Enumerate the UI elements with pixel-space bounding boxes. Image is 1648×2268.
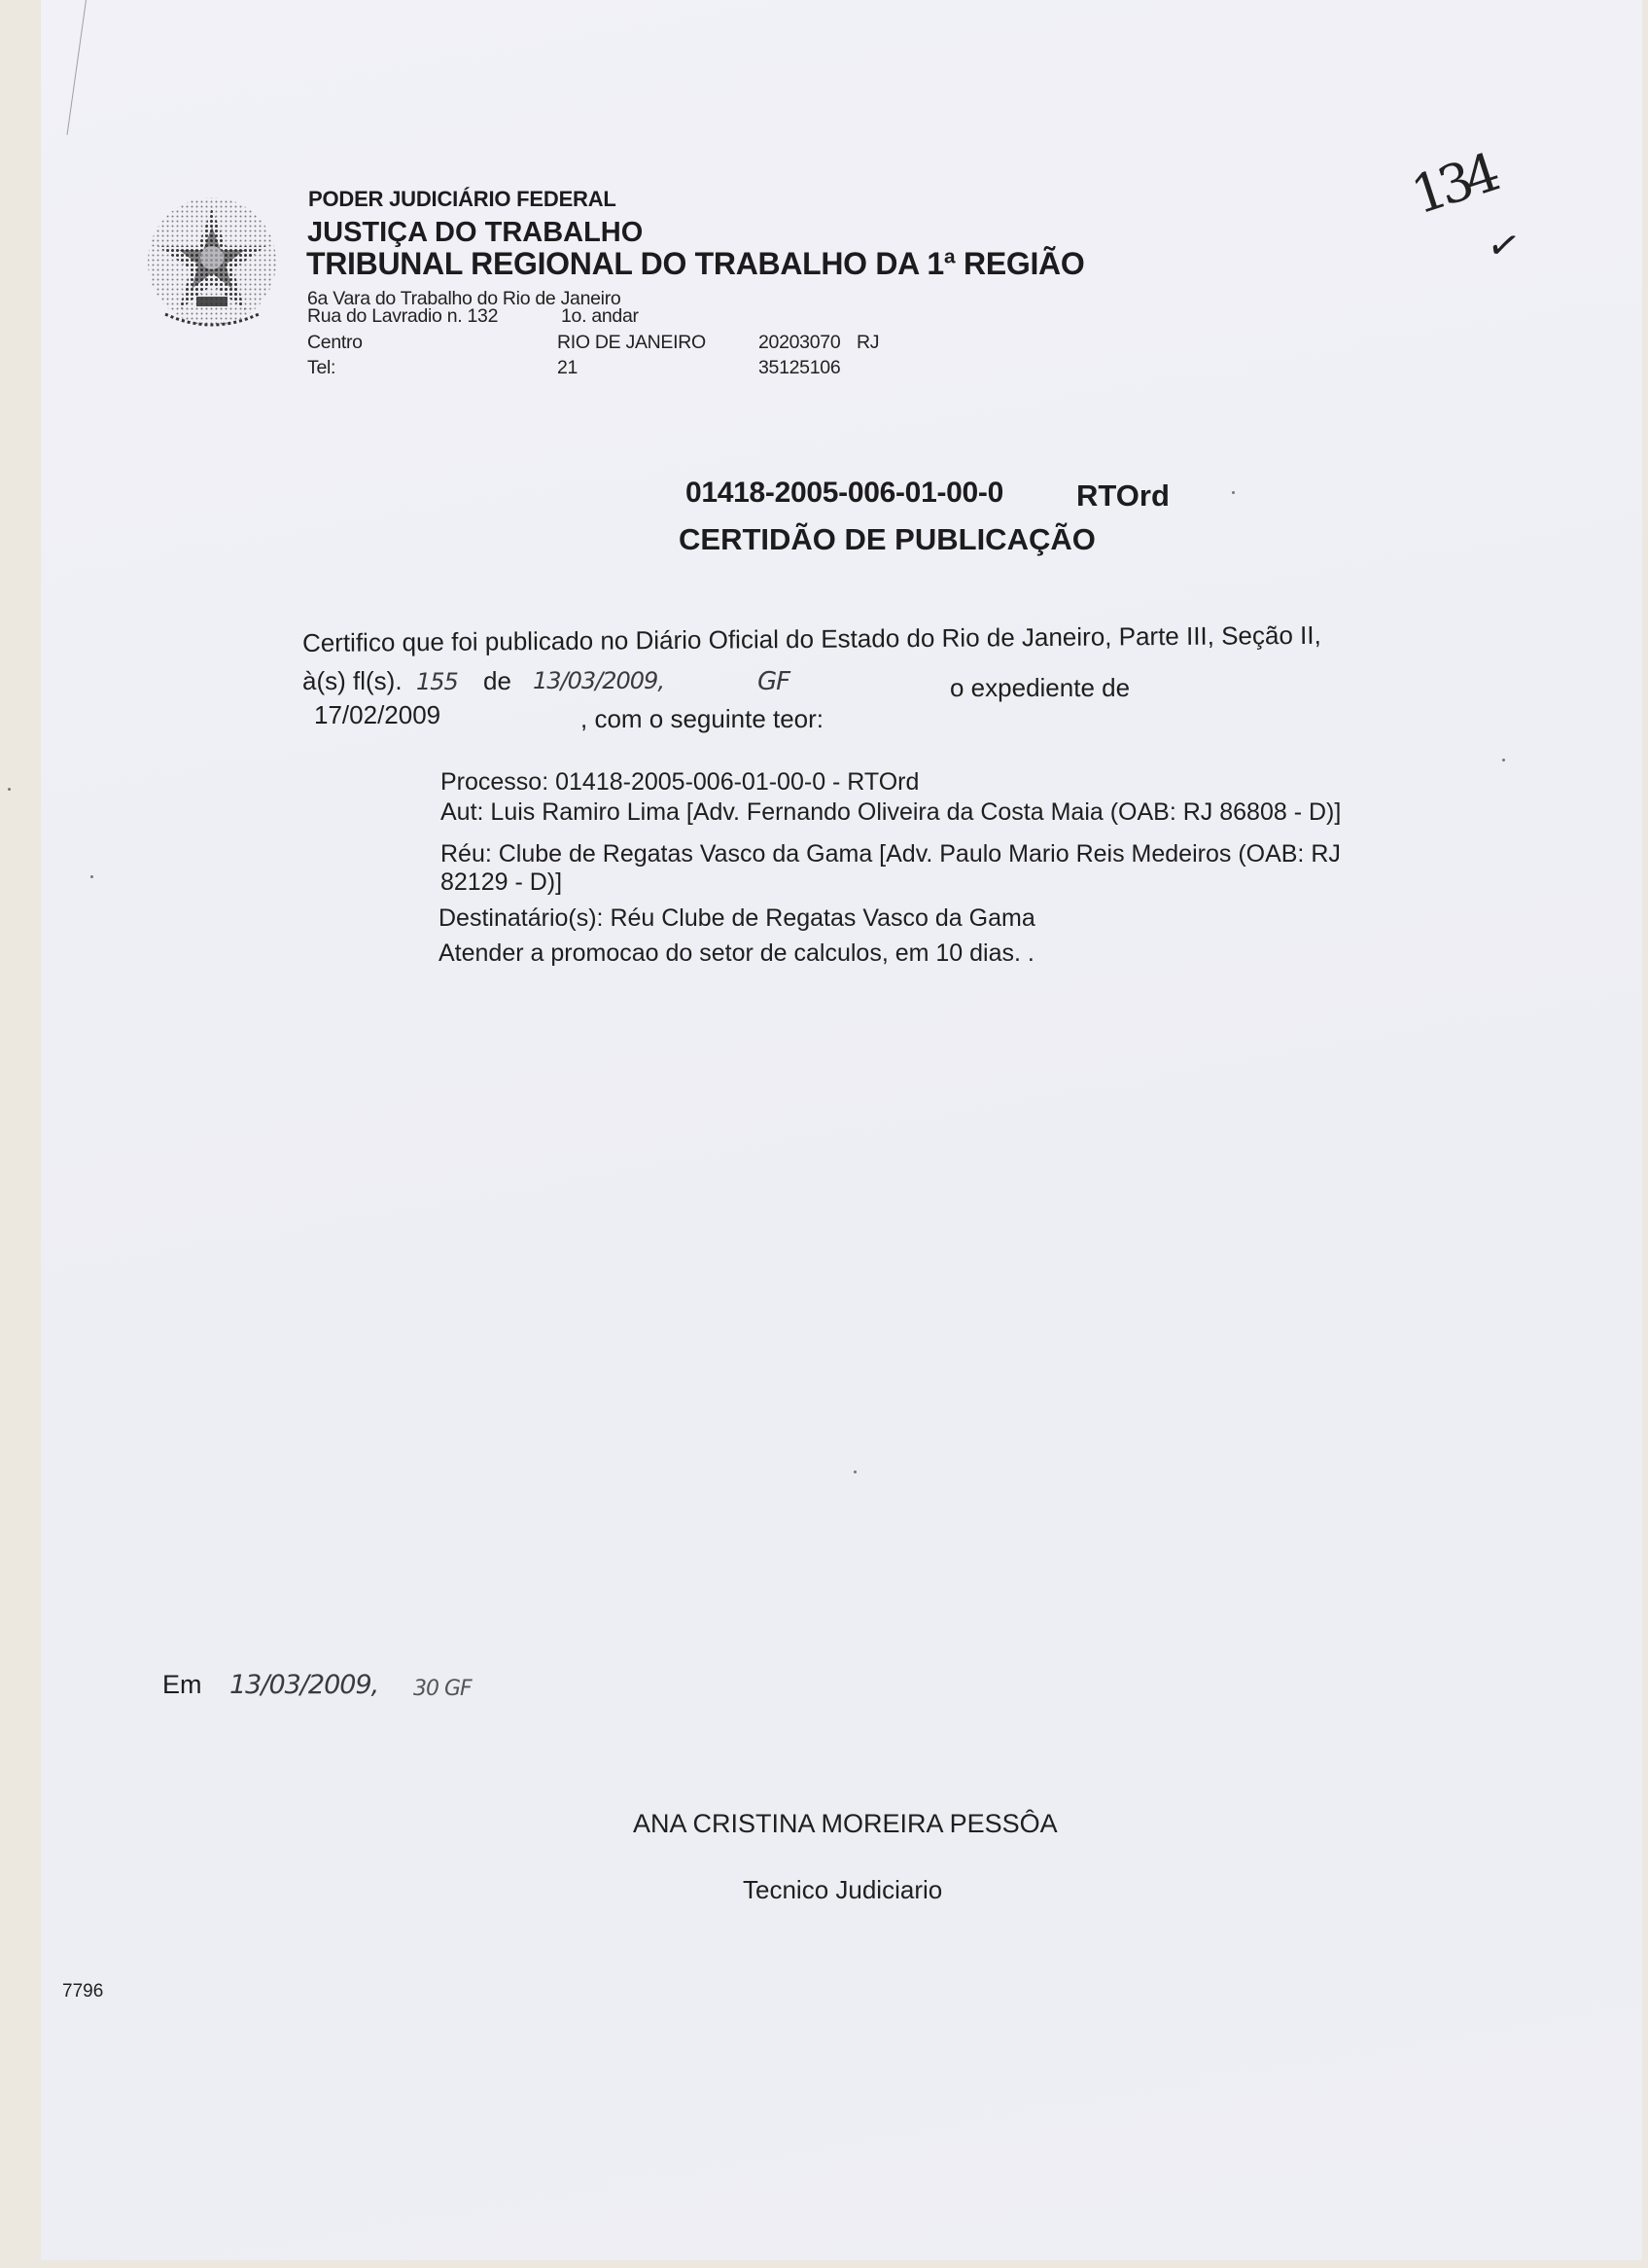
scan-speck (1232, 491, 1235, 494)
page-reference-number: 7796 (62, 1981, 103, 2002)
case-number: 01418-2005-006-01-00-0 (685, 477, 1003, 510)
address-state: RJ (857, 332, 879, 354)
address-tel-ddd: 21 (557, 357, 578, 379)
address-tel-label: Tel: (307, 357, 335, 379)
address-floor: 1o. andar (561, 305, 639, 328)
signer-role: Tecnico Judiciario (743, 1875, 942, 1905)
signer-name: ANA CRISTINA MOREIRA PESSÔA (633, 1809, 1058, 1839)
footer-stamp-mark: 30 GF (413, 1677, 472, 1701)
footer-em-label: Em (162, 1670, 202, 1700)
header-poder-judiciario: PODER JUDICIÁRIO FEDERAL (308, 187, 616, 212)
address-cep: 20203070 (758, 332, 840, 354)
scan-speck (90, 875, 93, 878)
certificate-title: CERTIDÃO DE PUBLICAÇÃO (679, 522, 1096, 557)
teor-processo: Processo: 01418-2005-006-01-00-0 - RTOrd (440, 768, 919, 797)
certificate-expediente-label: o expediente de (950, 673, 1130, 703)
address-street: Rua do Lavradio n. 132 (307, 305, 498, 328)
certificate-de-label: de (483, 666, 511, 696)
teor-destinatario: Destinatário(s): Réu Clube de Regatas Va… (438, 904, 1035, 933)
teor-despacho: Atender a promocao do setor de calculos,… (438, 939, 1034, 968)
handwritten-publication-date: 13/03/2009, (533, 667, 664, 694)
handwritten-gf-mark: GF (757, 667, 789, 696)
teor-reu-line-2: 82129 - D)] (440, 868, 562, 897)
address-city: RIO DE JANEIRO (557, 332, 706, 354)
certificate-teor-label: , com o seguinte teor: (580, 704, 824, 734)
address-district: Centro (307, 332, 363, 354)
certificate-fls-label: à(s) fl(s). (302, 666, 403, 696)
expediente-date: 17/02/2009 (314, 700, 440, 730)
header-tribunal: TRIBUNAL REGIONAL DO TRABALHO DA 1ª REGI… (306, 246, 1084, 282)
scan-speck (8, 788, 11, 791)
brasao-emblem-icon (136, 190, 292, 345)
case-class: RTOrd (1076, 478, 1170, 514)
scan-speck (854, 1471, 857, 1473)
handwritten-fl-number: 155 (416, 668, 458, 695)
teor-autor: Aut: Luis Ramiro Lima [Adv. Fernando Oli… (440, 798, 1341, 827)
footer-handwritten-date: 13/03/2009, (229, 1670, 378, 1700)
address-tel-number: 35125106 (758, 357, 840, 379)
scan-speck (1502, 759, 1505, 762)
teor-reu-line-1: Réu: Clube de Regatas Vasco da Gama [Adv… (440, 840, 1341, 868)
header-justica-trabalho: JUSTIÇA DO TRABALHO (307, 217, 643, 249)
